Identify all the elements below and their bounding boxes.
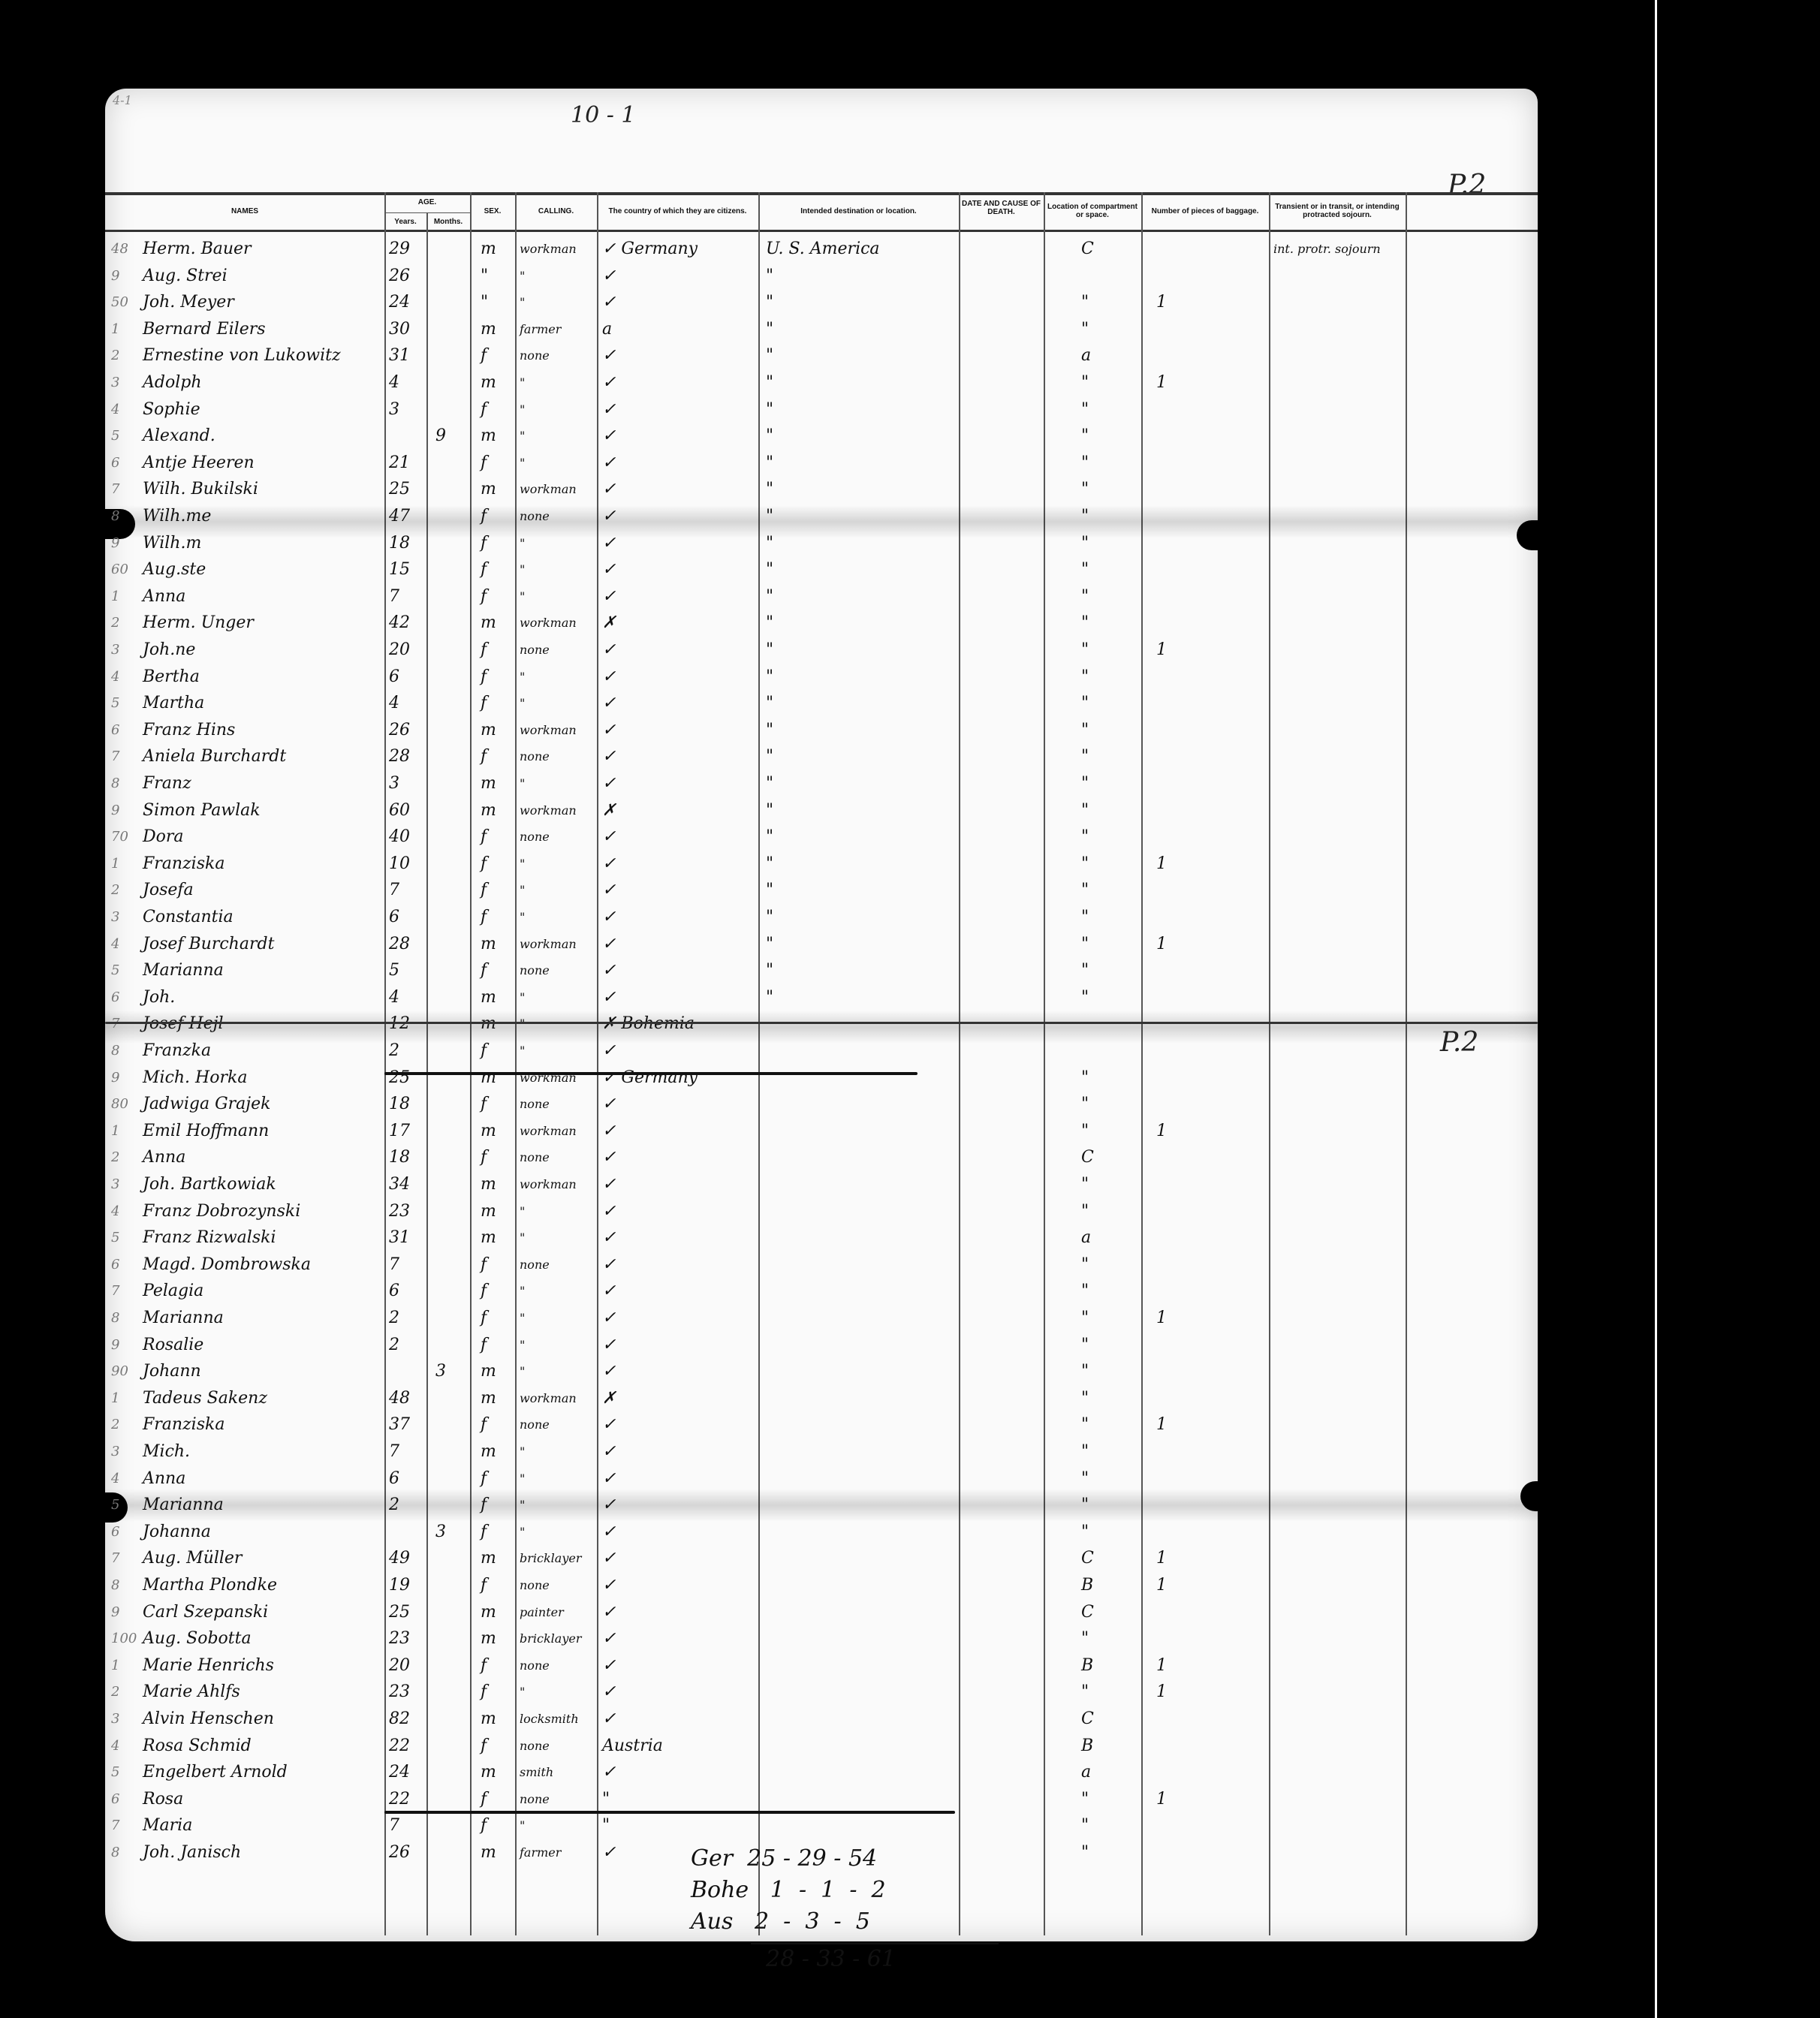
- passenger-name: Engelbert Arnold: [143, 1759, 288, 1785]
- age-years: 37: [389, 1411, 410, 1438]
- country-of-citizenship: ✓: [602, 1492, 616, 1518]
- age-years: 31: [389, 342, 410, 369]
- country-of-citizenship: ✓: [602, 530, 616, 556]
- table-row: 5Marianna2f"✓": [105, 1492, 1538, 1518]
- row-number: 8: [111, 1572, 119, 1598]
- col-header-calling: CALLING.: [515, 207, 597, 215]
- row-number: 100: [111, 1625, 137, 1652]
- age-years: 4: [389, 984, 399, 1011]
- sex: m: [481, 1599, 496, 1625]
- passenger-name: Alexand.: [143, 423, 215, 449]
- compartment-location: ": [1081, 610, 1089, 636]
- country-of-citizenship: ✓: [602, 664, 616, 690]
- calling: ": [520, 1812, 525, 1839]
- intended-destination: ": [766, 931, 773, 957]
- table-row: 60Aug.ste15f"✓"": [105, 556, 1538, 583]
- age-years: 6: [389, 904, 399, 930]
- sex: f: [481, 583, 487, 610]
- baggage-count: 1: [1156, 1305, 1167, 1331]
- country-of-citizenship: ✓: [602, 396, 616, 423]
- manifest-page: 10 - 1 4-1 P.2 P.2 NAMES AGE. Years. Mon…: [105, 89, 1538, 1941]
- table-row: 6Magd. Dombrowska7fnone✓": [105, 1251, 1538, 1278]
- row-number: 50: [111, 289, 128, 315]
- country-of-citizenship: ✓: [602, 1545, 616, 1571]
- intended-destination: ": [766, 556, 773, 583]
- passenger-name: Aug. Sobotta: [143, 1625, 252, 1652]
- passenger-name: Franz: [143, 770, 191, 797]
- col-header-location: Location of compartment or space.: [1044, 203, 1141, 219]
- sex: f: [481, 1251, 487, 1278]
- compartment-location: ": [1081, 1465, 1089, 1492]
- sex: f: [481, 1038, 487, 1064]
- passenger-name: Jadwiga Grajek: [143, 1091, 270, 1117]
- table-row: 4Rosa Schmid22fnoneAustriaB: [105, 1733, 1538, 1759]
- row-number: 1: [111, 1118, 119, 1144]
- age-years: 21: [389, 450, 410, 476]
- passenger-name: Franziska: [143, 1411, 224, 1438]
- country-of-citizenship: ✓: [602, 1278, 616, 1304]
- row-number: 3: [111, 1438, 119, 1465]
- compartment-location: ": [1081, 1118, 1089, 1144]
- row-number: 9: [111, 797, 119, 824]
- table-row: 70Dora40fnone✓"": [105, 824, 1538, 850]
- age-years: 31: [389, 1224, 410, 1251]
- age-years: 6: [389, 1465, 399, 1492]
- row-number: 9: [111, 263, 119, 289]
- table-row: 7Pelagia6f"✓": [105, 1278, 1538, 1304]
- tally-line-bohe: Bohe 1 - 1 - 2: [691, 1877, 886, 1903]
- passenger-name: Pelagia: [143, 1278, 203, 1304]
- compartment-location: ": [1081, 530, 1089, 556]
- age-years: 34: [389, 1171, 410, 1197]
- compartment-location: ": [1081, 770, 1089, 797]
- country-of-citizenship: ✓: [602, 1224, 616, 1251]
- age-years: 26: [389, 263, 410, 289]
- passenger-name: Josef Burchardt: [143, 931, 274, 957]
- table-row: 3Joh. Bartkowiak34mworkman✓": [105, 1171, 1538, 1197]
- section-divider: [384, 1072, 918, 1075]
- calling: ": [520, 556, 525, 583]
- passenger-name: Rosa Schmid: [143, 1733, 252, 1759]
- table-row: 9Aug. Strei26""✓": [105, 263, 1538, 289]
- compartment-location: ": [1081, 1091, 1089, 1117]
- col-header-death: DATE AND CAUSE OF DEATH.: [959, 200, 1044, 216]
- sex: m: [481, 423, 496, 449]
- calling: workman: [520, 717, 577, 743]
- age-years: 23: [389, 1198, 410, 1224]
- passenger-name: Franzka: [143, 1038, 211, 1064]
- passenger-name: Simon Pawlak: [143, 797, 261, 824]
- passenger-name: Joh. Bartkowiak: [143, 1171, 276, 1197]
- row-number: 9: [111, 1065, 119, 1091]
- compartment-location: ": [1081, 984, 1089, 1011]
- country-of-citizenship: ✓: [602, 1332, 616, 1358]
- passenger-name: Herm. Bauer: [143, 236, 252, 262]
- compartment-location: ": [1081, 1065, 1089, 1091]
- compartment-location: ": [1081, 1839, 1089, 1866]
- row-number: 2: [111, 1679, 119, 1705]
- calling: ": [520, 1465, 525, 1492]
- intended-destination: ": [766, 503, 773, 529]
- header-bottom-rule: [105, 230, 1538, 232]
- age-years: 6: [389, 1278, 399, 1304]
- row-number: 5: [111, 1492, 119, 1518]
- country-of-citizenship: ✓: [602, 423, 616, 449]
- passenger-name: Maria: [143, 1812, 192, 1839]
- intended-destination: ": [766, 342, 773, 369]
- compartment-location: C: [1081, 1545, 1094, 1571]
- table-row: 4Sophie3f"✓"": [105, 396, 1538, 423]
- country-of-citizenship: ✓: [602, 1839, 616, 1866]
- sex: m: [481, 1065, 496, 1091]
- sex: m: [481, 1545, 496, 1571]
- table-row: 4Anna6f"✓": [105, 1465, 1538, 1492]
- age-months: 3: [435, 1519, 446, 1545]
- table-row: 7Aniela Burchardt28fnone✓"": [105, 743, 1538, 770]
- country-of-citizenship: ✓: [602, 1171, 616, 1197]
- row-number: 4: [111, 931, 119, 957]
- row-number: 4: [111, 1733, 119, 1759]
- table-row: 8Franzka2f"✓: [105, 1038, 1538, 1064]
- country-of-citizenship: ✓: [602, 1038, 616, 1064]
- calling: workman: [520, 1385, 577, 1411]
- row-number: 8: [111, 1038, 119, 1064]
- compartment-location: ": [1081, 1332, 1089, 1358]
- passenger-name: Anna: [143, 1144, 185, 1170]
- scan-border-line: [1655, 0, 1657, 2018]
- compartment-location: C: [1081, 1599, 1094, 1625]
- row-number: 7: [111, 743, 119, 770]
- age-years: 26: [389, 717, 410, 743]
- sex: m: [481, 797, 496, 824]
- passenger-name: Anna: [143, 583, 185, 610]
- calling: bricklayer: [520, 1625, 581, 1652]
- country-of-citizenship: ": [602, 1812, 610, 1839]
- row-number: 6: [111, 450, 119, 476]
- calling: ": [520, 877, 525, 903]
- sex: f: [481, 503, 487, 529]
- calling: ": [520, 369, 525, 396]
- compartment-location: ": [1081, 476, 1089, 502]
- compartment-location: ": [1081, 743, 1089, 770]
- table-row: 9Rosalie2f"✓": [105, 1332, 1538, 1358]
- calling: ": [520, 1224, 525, 1251]
- table-row: 6Rosa22fnone""1: [105, 1786, 1538, 1812]
- country-of-citizenship: ✓: [602, 1198, 616, 1224]
- calling: none: [520, 743, 550, 770]
- baggage-count: 1: [1156, 1786, 1167, 1812]
- compartment-location: ": [1081, 637, 1089, 663]
- sex: f: [481, 1812, 487, 1839]
- row-number: 2: [111, 1144, 119, 1170]
- calling: none: [520, 824, 550, 850]
- compartment-location: ": [1081, 1198, 1089, 1224]
- intended-destination: ": [766, 984, 773, 1011]
- calling: workman: [520, 610, 577, 636]
- calling: ": [520, 1438, 525, 1465]
- age-years: 4: [389, 369, 399, 396]
- age-years: 29: [389, 236, 410, 262]
- passenger-name: Carl Szepanski: [143, 1599, 268, 1625]
- country-of-citizenship: ✓: [602, 877, 616, 903]
- sex: f: [481, 1411, 487, 1438]
- age-years: 2: [389, 1332, 399, 1358]
- tally-line-ger: Ger 25 - 29 - 54: [691, 1845, 877, 1872]
- calling: workman: [520, 476, 577, 502]
- baggage-count: 1: [1156, 1679, 1167, 1705]
- age-years: 48: [389, 1385, 410, 1411]
- sex: f: [481, 1305, 487, 1331]
- sex: m: [481, 1759, 496, 1785]
- table-row: 1Franziska10f"✓""1: [105, 851, 1538, 877]
- calling: none: [520, 957, 550, 983]
- country-of-citizenship: ✗: [602, 797, 616, 824]
- age-years: 24: [389, 289, 410, 315]
- table-row: 7Wilh. Bukilski25mworkman✓"": [105, 476, 1538, 502]
- table-row: 2Marie Ahlfs23f"✓"1: [105, 1679, 1538, 1705]
- section-divider: [384, 1811, 955, 1814]
- sex: m: [481, 1385, 496, 1411]
- compartment-location: ": [1081, 1251, 1089, 1278]
- calling: farmer: [520, 1839, 561, 1866]
- table-row: 100Aug. Sobotta23mbricklayer✓": [105, 1625, 1538, 1652]
- age-years: 20: [389, 637, 410, 663]
- passenger-name: Emil Hoffmann: [143, 1118, 269, 1144]
- country-of-citizenship: ": [602, 1786, 610, 1812]
- country-of-citizenship: ✓: [602, 1465, 616, 1492]
- sex: m: [481, 1198, 496, 1224]
- country-of-citizenship: Austria: [602, 1733, 663, 1759]
- row-number: 7: [111, 1545, 119, 1571]
- row-number: 1: [111, 1385, 119, 1411]
- country-of-citizenship: a: [602, 316, 612, 342]
- table-row: 4Franz Dobrozynski23m"✓": [105, 1198, 1538, 1224]
- compartment-location: ": [1081, 1625, 1089, 1652]
- intended-destination: ": [766, 877, 773, 903]
- table-row: 2Ernestine von Lukowitz31fnone✓"a: [105, 342, 1538, 369]
- country-of-citizenship: ✓: [602, 690, 616, 716]
- calling: none: [520, 1733, 550, 1759]
- age-years: 26: [389, 1839, 410, 1866]
- country-of-citizenship: ✓ Germany: [602, 1065, 698, 1091]
- compartment-location: ": [1081, 851, 1089, 877]
- col-header-years: Years.: [384, 218, 426, 226]
- age-years: 22: [389, 1733, 410, 1759]
- age-months: 9: [435, 423, 446, 449]
- calling: workman: [520, 1065, 577, 1091]
- country-of-citizenship: ✓: [602, 1305, 616, 1331]
- sex: f: [481, 743, 487, 770]
- sex: f: [481, 1465, 487, 1492]
- intended-destination: ": [766, 824, 773, 850]
- age-years: 6: [389, 664, 399, 690]
- intended-destination: ": [766, 476, 773, 502]
- calling: workman: [520, 797, 577, 824]
- calling: smith: [520, 1759, 553, 1785]
- intended-destination: ": [766, 664, 773, 690]
- table-row: 5Engelbert Arnold24msmith✓a: [105, 1759, 1538, 1785]
- calling: ": [520, 289, 525, 315]
- compartment-location: a: [1081, 342, 1091, 369]
- compartment-location: ": [1081, 1679, 1089, 1705]
- calling: none: [520, 1251, 550, 1278]
- age-subrule: [384, 212, 470, 213]
- calling: ": [520, 263, 525, 289]
- country-of-citizenship: ✓: [602, 824, 616, 850]
- calling: none: [520, 342, 550, 369]
- col-header-baggage: Number of pieces of baggage.: [1141, 207, 1269, 215]
- row-number: 4: [111, 664, 119, 690]
- tally-box: Ger 25 - 29 - 54 Bohe 1 - 1 - 2 Aus 2 - …: [691, 1845, 1081, 1980]
- age-years: 7: [389, 583, 399, 610]
- row-number: 7: [111, 476, 119, 502]
- table-row: 8Martha Plondke19fnone✓B1: [105, 1572, 1538, 1598]
- calling: ": [520, 1519, 525, 1545]
- country-of-citizenship: ✗: [602, 610, 616, 636]
- sex: f: [481, 1733, 487, 1759]
- passenger-name: Franz Hins: [143, 717, 235, 743]
- passenger-name: Franz Dobrozynski: [143, 1198, 300, 1224]
- age-months: 3: [435, 1358, 446, 1384]
- country-of-citizenship: ✓: [602, 1251, 616, 1278]
- table-row: 5Martha4f"✓"": [105, 690, 1538, 716]
- table-row: 8Marianna2f"✓"1: [105, 1305, 1538, 1331]
- calling: none: [520, 637, 550, 663]
- calling: none: [520, 1572, 550, 1598]
- row-number: 8: [111, 770, 119, 797]
- compartment-location: ": [1081, 690, 1089, 716]
- compartment-location: ": [1081, 450, 1089, 476]
- row-number: 1: [111, 1652, 119, 1679]
- passenger-name: Wilh.me: [143, 503, 211, 529]
- calling: ": [520, 1198, 525, 1224]
- sex: f: [481, 1519, 487, 1545]
- section-divider: [105, 1022, 1538, 1024]
- row-number: 3: [111, 1171, 119, 1197]
- passenger-name: Johann: [143, 1358, 201, 1384]
- compartment-location: ": [1081, 1358, 1089, 1384]
- country-of-citizenship: ✓: [602, 717, 616, 743]
- compartment-location: ": [1081, 556, 1089, 583]
- sex: m: [481, 1171, 496, 1197]
- calling: none: [520, 1091, 550, 1117]
- calling: workman: [520, 1171, 577, 1197]
- table-row: 8Wilh.me47fnone✓"": [105, 503, 1538, 529]
- compartment-location: ": [1081, 289, 1089, 315]
- sex: f: [481, 1091, 487, 1117]
- age-years: 28: [389, 743, 410, 770]
- sex: m: [481, 984, 496, 1011]
- compartment-location: ": [1081, 396, 1089, 423]
- row-number: 5: [111, 423, 119, 449]
- age-years: 3: [389, 770, 399, 797]
- intended-destination: ": [766, 583, 773, 610]
- row-number: 3: [111, 904, 119, 930]
- country-of-citizenship: ✓: [602, 1519, 616, 1545]
- intended-destination: ": [766, 396, 773, 423]
- table-row: 4Bertha6f"✓"": [105, 664, 1538, 690]
- age-years: 15: [389, 556, 410, 583]
- country-of-citizenship: ✓: [602, 931, 616, 957]
- col-header-names: NAMES: [105, 207, 384, 215]
- age-years: 60: [389, 797, 410, 824]
- age-years: 18: [389, 1144, 410, 1170]
- passenger-name: Martha: [143, 690, 204, 716]
- sex: m: [481, 931, 496, 957]
- sex: f: [481, 664, 487, 690]
- row-number: 2: [111, 610, 119, 636]
- age-years: 17: [389, 1118, 410, 1144]
- country-of-citizenship: ✓: [602, 450, 616, 476]
- calling: workman: [520, 236, 577, 262]
- baggage-count: 1: [1156, 1572, 1167, 1598]
- calling: workman: [520, 931, 577, 957]
- intended-destination: ": [766, 743, 773, 770]
- sex: m: [481, 717, 496, 743]
- top-note: 10 - 1: [571, 102, 635, 128]
- table-row: 4Josef Burchardt28mworkman✓""1: [105, 931, 1538, 957]
- passenger-name: Joh. Janisch: [143, 1839, 241, 1866]
- table-row: 3Mich.7m"✓": [105, 1438, 1538, 1465]
- sex: f: [481, 556, 487, 583]
- sex: f: [481, 342, 487, 369]
- country-of-citizenship: ✓: [602, 984, 616, 1011]
- sex: f: [481, 957, 487, 983]
- calling: ": [520, 1492, 525, 1518]
- passenger-name: Joh.: [143, 984, 175, 1011]
- calling: farmer: [520, 316, 561, 342]
- passenger-name: Magd. Dombrowska: [143, 1251, 311, 1278]
- compartment-location: B: [1081, 1652, 1093, 1679]
- baggage-count: 1: [1156, 1118, 1167, 1144]
- calling: bricklayer: [520, 1545, 581, 1571]
- row-number: 6: [111, 1251, 119, 1278]
- intended-destination: ": [766, 957, 773, 983]
- passenger-name: Joh.ne: [143, 637, 195, 663]
- baggage-count: 1: [1156, 851, 1167, 877]
- baggage-count: 1: [1156, 1411, 1167, 1438]
- compartment-location: ": [1081, 1519, 1089, 1545]
- intended-destination: ": [766, 450, 773, 476]
- transient-status: int. protr. sojourn: [1273, 236, 1381, 262]
- compartment-location: ": [1081, 1786, 1089, 1812]
- header-top-rule: [105, 192, 1538, 195]
- sex: m: [481, 1224, 496, 1251]
- row-number: 1: [111, 583, 119, 610]
- compartment-location: C: [1081, 1706, 1094, 1732]
- compartment-location: C: [1081, 236, 1094, 262]
- intended-destination: ": [766, 263, 773, 289]
- passenger-name: Aniela Burchardt: [143, 743, 286, 770]
- compartment-location: ": [1081, 1278, 1089, 1304]
- tally-rule: [751, 1943, 999, 1944]
- compartment-location: ": [1081, 717, 1089, 743]
- table-row: 5Franz Rizwalski31m"✓a: [105, 1224, 1538, 1251]
- calling: none: [520, 1144, 550, 1170]
- sex: m: [481, 770, 496, 797]
- intended-destination: ": [766, 904, 773, 930]
- passenger-name: Wilh.m: [143, 530, 201, 556]
- compartment-location: ": [1081, 904, 1089, 930]
- baggage-count: 1: [1156, 369, 1167, 396]
- sex: f: [481, 1144, 487, 1170]
- country-of-citizenship: ✓: [602, 957, 616, 983]
- tally-line-aus: Aus 2 - 3 - 5: [691, 1908, 870, 1935]
- sex: m: [481, 316, 496, 342]
- passenger-name: Rosa: [143, 1786, 183, 1812]
- row-number: 3: [111, 369, 119, 396]
- country-of-citizenship: ✓: [602, 1706, 616, 1732]
